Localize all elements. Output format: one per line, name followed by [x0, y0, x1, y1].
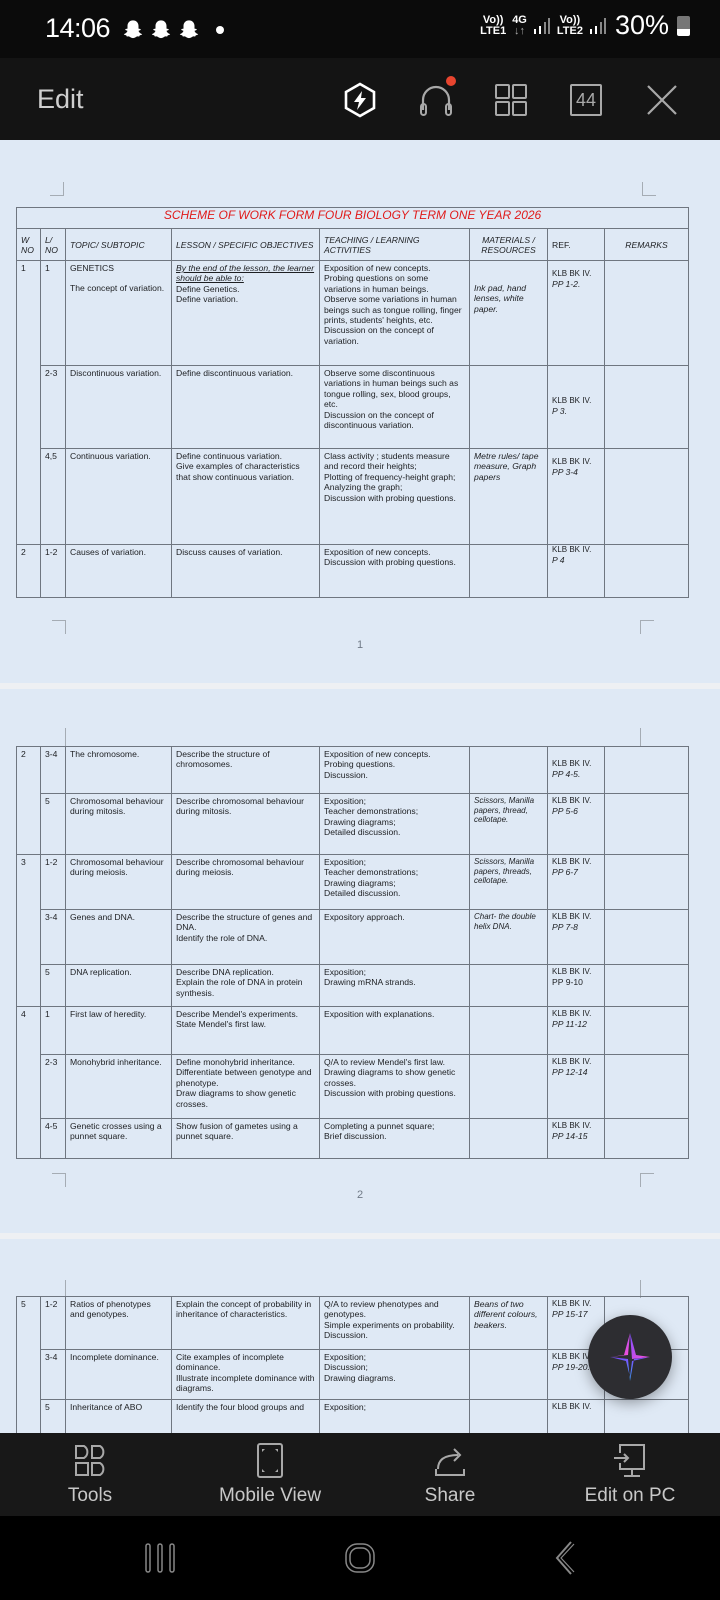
snapchat-ghost-icon: [150, 18, 172, 41]
share-label: Share: [425, 1485, 476, 1507]
top-toolbar: Edit 44: [0, 58, 720, 140]
ai-sparkle-icon: [606, 1331, 654, 1383]
page-corner-mark: [642, 182, 656, 196]
header-topic: TOPIC/ SUBTOPIC: [66, 229, 172, 261]
page-separator: [0, 683, 720, 689]
status-right: Vo))LTE1 4G↓↑ Vo))LTE2 30%: [480, 10, 690, 41]
signal-icon: [533, 17, 551, 35]
back-icon[interactable]: [545, 1538, 585, 1578]
listen-button[interactable]: [414, 78, 458, 122]
tools-button[interactable]: Tools: [0, 1433, 180, 1516]
edit-on-pc-icon: [610, 1443, 650, 1479]
grid-view-button[interactable]: [489, 78, 533, 122]
header-objectives: LESSON / SPECIFIC OBJECTIVES: [172, 229, 320, 261]
table-row: 3 1-2 Chromosomal behaviour during meios…: [17, 855, 689, 910]
table-row: 4,5 Continuous variation. Define continu…: [17, 449, 689, 545]
header-remarks: REMARKS: [605, 229, 689, 261]
signal-icon: [589, 17, 607, 35]
status-time: 14:06: [45, 13, 110, 44]
page-corner-mark: [52, 1173, 66, 1187]
share-button[interactable]: Share: [360, 1433, 540, 1516]
snapchat-ghost-icon: [178, 18, 200, 41]
bottom-toolbar: Tools Mobile View Share Edit on PC: [0, 1433, 720, 1516]
table-row: 5 1-2 Ratios of phenotypes and genotypes…: [17, 1297, 689, 1350]
battery-icon: [677, 16, 690, 36]
ai-bolt-icon: [340, 80, 380, 120]
headphones-icon: [416, 80, 456, 120]
table-row: 2 1-2 Causes of variation. Discuss cause…: [17, 545, 689, 598]
table-row: 4-5 Genetic crosses using a punnet squar…: [17, 1119, 689, 1159]
scheme-table-page-1: SCHEME OF WORK FORM FOUR BIOLOGY TERM ON…: [16, 207, 689, 598]
snapchat-ghost-icon: [122, 18, 144, 41]
status-bar: 14:06 Vo))LTE1 4G↓↑ Vo))LTE2 30%: [0, 0, 720, 58]
close-button[interactable]: [640, 78, 684, 122]
notification-icons: [122, 18, 224, 41]
header-lno: L/ NO: [41, 229, 66, 261]
table-row: 3-4 Genes and DNA. Describe the structur…: [17, 910, 689, 965]
scheme-table-page-2: 2 3-4 The chromosome. Describe the struc…: [16, 746, 689, 1159]
table-row: 5 Chromosomal behaviour during mitosis. …: [17, 794, 689, 855]
tools-label: Tools: [68, 1485, 112, 1507]
table-row: 2 3-4 The chromosome. Describe the struc…: [17, 747, 689, 794]
table-row: 1 1 GENETICSThe concept of variation. By…: [17, 261, 689, 366]
mobile-view-icon: [250, 1443, 290, 1479]
sim2-indicator: Vo))LTE2: [557, 15, 583, 37]
mobile-view-button[interactable]: Mobile View: [180, 1433, 360, 1516]
battery-percent: 30%: [615, 10, 669, 41]
sim1-indicator: Vo))LTE1: [480, 15, 506, 37]
header-wk: W NO: [17, 229, 41, 261]
document-viewport[interactable]: SCHEME OF WORK FORM FOUR BIOLOGY TERM ON…: [0, 140, 720, 1433]
close-icon: [642, 80, 682, 120]
page-corner-mark: [640, 620, 654, 634]
table-row: 2-3 Monohybrid inheritance. Define monoh…: [17, 1055, 689, 1119]
header-activities: TEACHING / LEARNING ACTIVITIES: [320, 229, 470, 261]
page-number: 1: [0, 639, 720, 651]
table-row: 5 DNA replication. Describe DNA replicat…: [17, 965, 689, 1007]
notification-dot: [446, 76, 456, 86]
share-icon: [430, 1443, 470, 1479]
dot-icon: [216, 26, 224, 34]
recent-apps-icon[interactable]: [140, 1538, 180, 1578]
page-number: 2: [0, 1189, 720, 1201]
table-row: 2-3 Discontinuous variation. Define disc…: [17, 366, 689, 449]
edit-button[interactable]: Edit: [37, 84, 84, 115]
edit-on-pc-button[interactable]: Edit on PC: [540, 1433, 720, 1516]
table-row: 4 1 First law of heredity. Describe Mend…: [17, 1007, 689, 1055]
tools-icon: [70, 1443, 110, 1479]
edit-on-pc-label: Edit on PC: [585, 1485, 676, 1507]
ai-bolt-button[interactable]: [338, 78, 382, 122]
page-separator: [0, 1233, 720, 1239]
grid-icon: [491, 80, 531, 120]
header-materials: MATERIALS / RESOURCES: [470, 229, 548, 261]
home-icon[interactable]: [340, 1538, 380, 1578]
page-count-icon: 44: [570, 84, 602, 116]
table-row: 5 Inheritance of ABO Identify the four b…: [17, 1400, 689, 1434]
mobile-view-label: Mobile View: [219, 1485, 321, 1507]
page-corner-mark: [50, 182, 64, 196]
network-type: 4G↓↑: [512, 15, 527, 37]
page-corner-mark: [52, 620, 66, 634]
header-ref: REF.: [548, 229, 605, 261]
page-count-button[interactable]: 44: [564, 78, 608, 122]
system-nav-bar: [0, 1516, 720, 1600]
ai-assistant-button[interactable]: [588, 1315, 672, 1399]
page-corner-mark: [640, 1173, 654, 1187]
document-title: SCHEME OF WORK FORM FOUR BIOLOGY TERM ON…: [17, 208, 689, 229]
